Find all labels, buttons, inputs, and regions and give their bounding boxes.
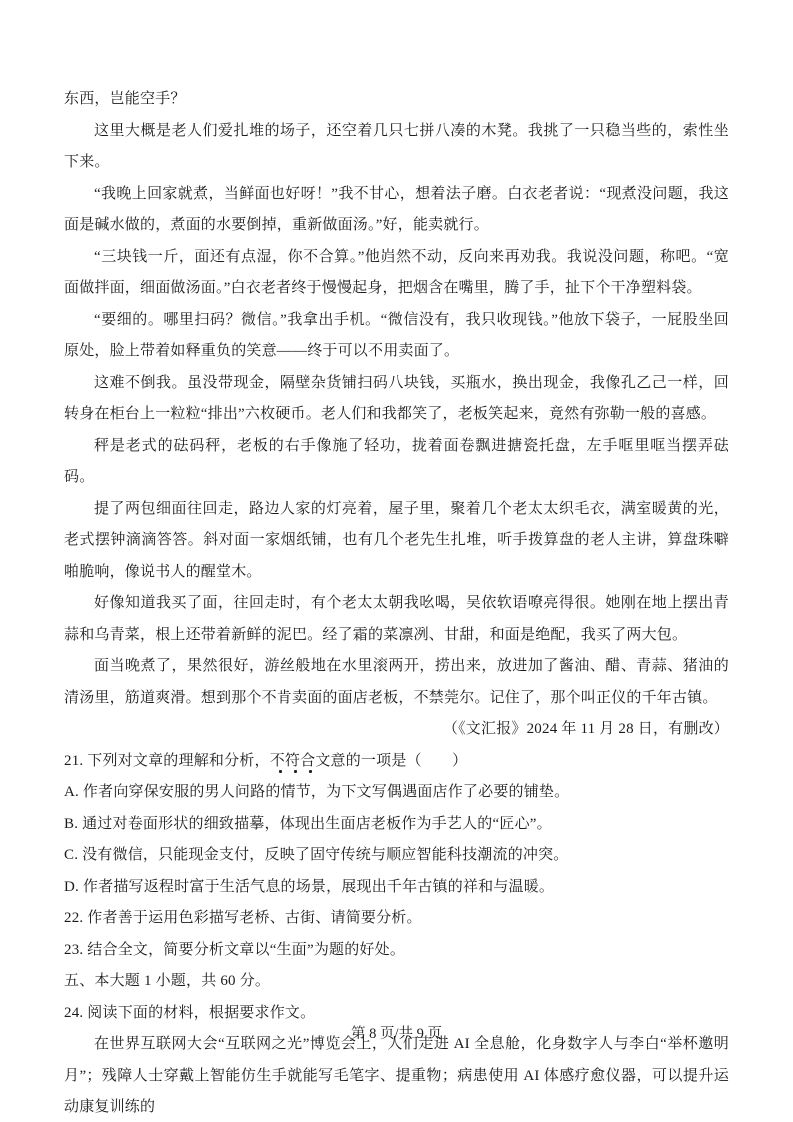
essay-paragraph: 这里大概是老人们爱扎堆的场子，还空着几只七拼八凑的木凳。我挑了一只稳当些的，索性… bbox=[64, 116, 729, 179]
question-21: 21. 下列对文章的理解和分析，不符合文意的一项是（ ） bbox=[64, 746, 729, 778]
question-21-option-b: B. 通过对卷面形状的细致描摹，体现出生面店老板作为手艺人的“匠心”。 bbox=[64, 809, 729, 841]
question-21-prefix: 21. 下列对文章的理解和分析， bbox=[64, 753, 270, 769]
question-21-option-c: C. 没有微信，只能现金支付，反映了固守传统与顺应智能科技潮流的冲突。 bbox=[64, 840, 729, 872]
essay-paragraph: “三块钱一斤，面还有点湿，你不合算。”他岿然不动，反向来再劝我。我说没问题，称吧… bbox=[64, 242, 729, 305]
question-22: 22. 作者善于运用色彩描写老桥、古街、请简要分析。 bbox=[64, 903, 729, 935]
question-21-emphasized-term: 不符合 bbox=[270, 753, 316, 774]
essay-paragraph: 提了两包细面往回走，路边人家的灯亮着，屋子里，聚着几个老太太织毛衣，满室暖黄的光… bbox=[64, 494, 729, 589]
paragraph-continuation: 东西，岂能空手？ bbox=[64, 84, 729, 116]
page-body-text: 东西，岂能空手？ 这里大概是老人们爱扎堆的场子，还空着几只七拼八凑的木凳。我挑了… bbox=[64, 84, 729, 1122]
question-21-suffix: 文意的一项是（ ） bbox=[315, 753, 467, 769]
question-21-option-a: A. 作者向穿保安服的男人问路的情节，为下文写偶遇面店作了必要的铺垫。 bbox=[64, 777, 729, 809]
essay-paragraph: “要细的。哪里扫码？微信。”我拿出手机。“微信没有，我只收现钱。”他放下袋子，一… bbox=[64, 305, 729, 368]
page-footer: 第 8 页/共 9 页 bbox=[0, 1022, 793, 1043]
source-citation: （《文汇报》2024 年 11 月 28 日，有删改） bbox=[64, 714, 729, 746]
essay-paragraph: 面当晚煮了，果然很好，游丝般地在水里滚两开，捞出来，放进加了酱油、醋、青蒜、猪油… bbox=[64, 651, 729, 714]
essay-paragraph: 这难不倒我。虽没带现金，隔壁杂货铺扫码八块钱，买瓶水，换出现金，我像孔乙己一样，… bbox=[64, 368, 729, 431]
question-21-option-d: D. 作者描写返程时富于生活气息的场景，展现出千年古镇的祥和与温暖。 bbox=[64, 872, 729, 904]
exam-document-page: 东西，岂能空手？ 这里大概是老人们爱扎堆的场子，还空着几只七拼八凑的木凳。我挑了… bbox=[0, 0, 793, 1122]
section-5-heading: 五、本大题 1 小题，共 60 分。 bbox=[64, 966, 729, 998]
question-23: 23. 结合全文，简要分析文章以“生面”为题的好处。 bbox=[64, 935, 729, 967]
essay-paragraph: “我晚上回家就煮，当鲜面也好呀！”我不甘心，想着法子磨。白衣老者说：“现煮没问题… bbox=[64, 179, 729, 242]
essay-paragraph: 秤是老式的砝码秤，老板的右手像施了轻功，拢着面卷飘进搪瓷托盘，左手哐里哐当摆弄砝… bbox=[64, 431, 729, 494]
essay-paragraph: 好像知道我买了面，往回走时，有个老太太朝我吆喝，吴依软语嘹亮得很。她刚在地上摆出… bbox=[64, 588, 729, 651]
